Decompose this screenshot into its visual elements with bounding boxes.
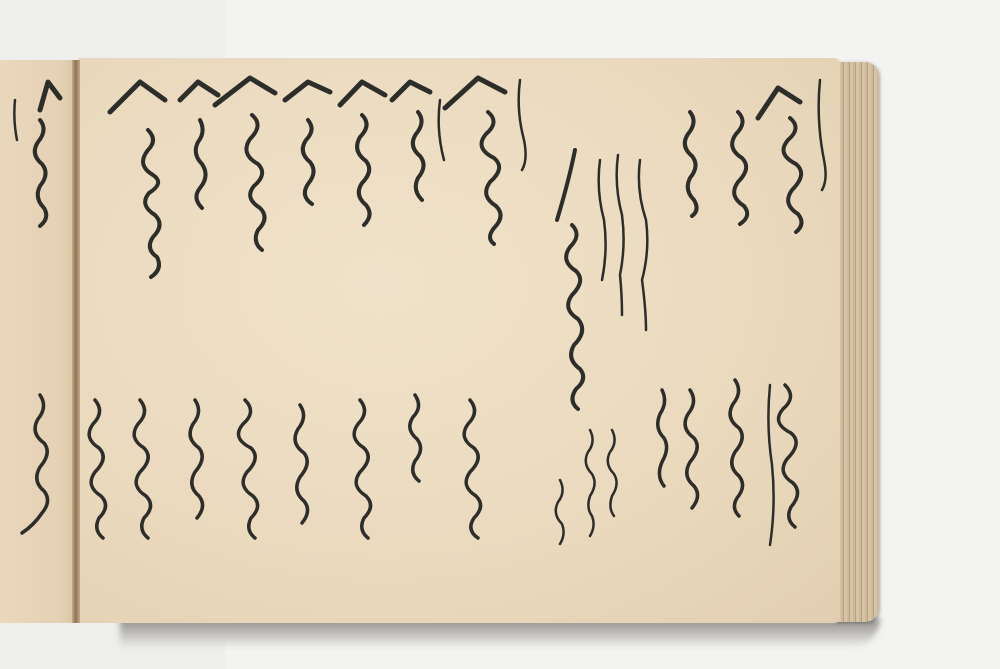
handwritten-ink-strokes	[0, 0, 1000, 669]
